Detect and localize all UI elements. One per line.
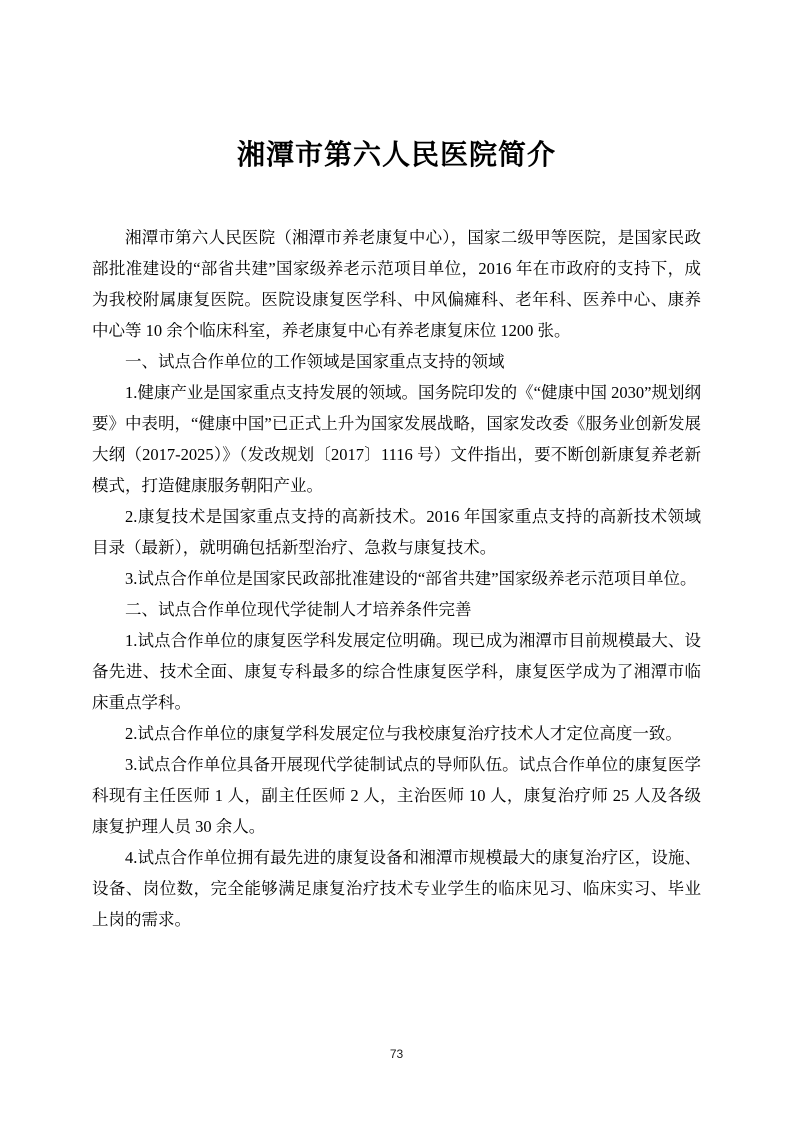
paragraph: 2.康复技术是国家重点支持的高新技术。2016 年国家重点支持的高新技术领域目录… — [92, 501, 701, 563]
paragraph: 1.健康产业是国家重点支持发展的领域。国务院印发的《“健康中国 2030”规划纲… — [92, 377, 701, 501]
document-body: 湘潭市第六人民医院（湘潭市养老康复中心），国家二级甲等医院，是国家民政部批准建设… — [92, 222, 701, 935]
document-content: 湘潭市第六人民医院简介 湘潭市第六人民医院（湘潭市养老康复中心），国家二级甲等医… — [92, 136, 701, 935]
paragraph: 4.试点合作单位拥有最先进的康复设备和湘潭市规模最大的康复治疗区，设施、设备、岗… — [92, 842, 701, 935]
paragraph: 3.试点合作单位是国家民政部批准建设的“部省共建”国家级养老示范项目单位。 — [92, 563, 701, 594]
page-title: 湘潭市第六人民医院简介 — [92, 136, 701, 176]
paragraph: 1.试点合作单位的康复医学科发展定位明确。现已成为湘潭市目前规模最大、设备先进、… — [92, 625, 701, 718]
paragraph: 湘潭市第六人民医院（湘潭市养老康复中心），国家二级甲等医院，是国家民政部批准建设… — [92, 222, 701, 346]
page-number: 73 — [0, 1047, 793, 1062]
section-heading: 二、试点合作单位现代学徒制人才培养条件完善 — [92, 594, 701, 625]
section-heading: 一、试点合作单位的工作领域是国家重点支持的领域 — [92, 346, 701, 377]
paragraph: 3.试点合作单位具备开展现代学徒制试点的导师队伍。试点合作单位的康复医学科现有主… — [92, 749, 701, 842]
document-page: 湘潭市第六人民医院简介 湘潭市第六人民医院（湘潭市养老康复中心），国家二级甲等医… — [0, 0, 793, 1122]
paragraph: 2.试点合作单位的康复学科发展定位与我校康复治疗技术人才定位高度一致。 — [92, 718, 701, 749]
